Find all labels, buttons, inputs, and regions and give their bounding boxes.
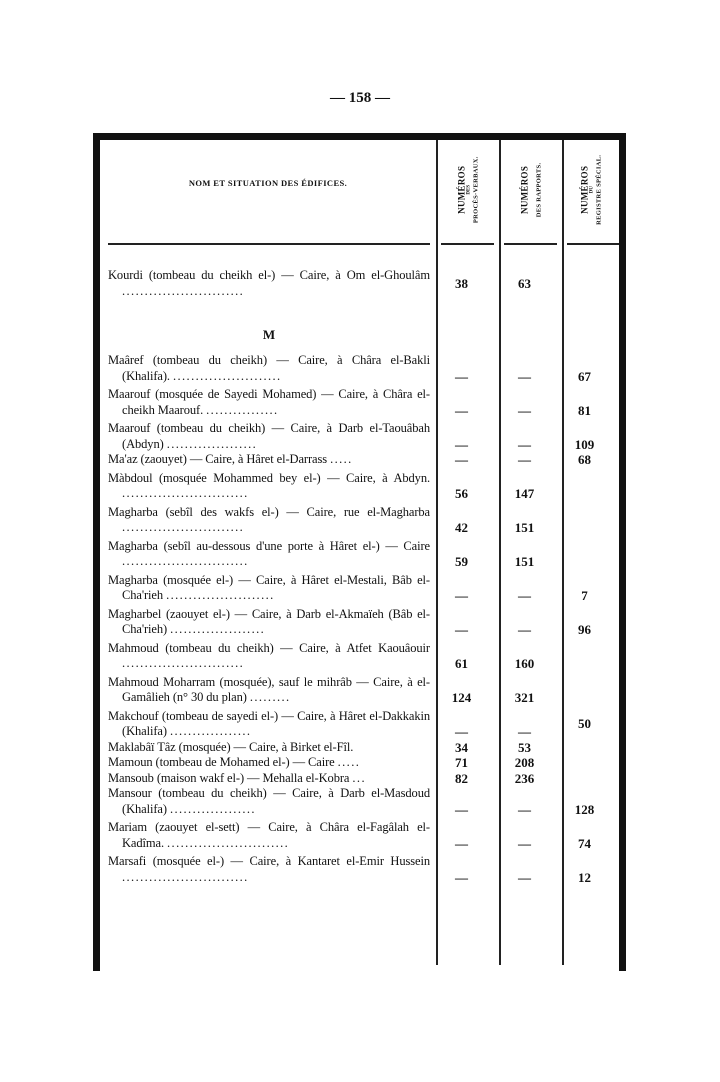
rapports-number: 151	[493, 520, 556, 536]
proces-verbaux-number: 82	[430, 771, 493, 787]
table-row: Magharba (mosquée el-) — Caire, à Hâret …	[108, 573, 620, 604]
table-row: Magharba (sebîl au-dessous d'une porte à…	[108, 539, 620, 570]
registre-number: 7	[556, 588, 613, 604]
entry-name: Magharba (mosquée el-) — Caire, à Hâret …	[108, 573, 430, 604]
entry-name: Maklabâï Tâz (mosquée) — Caire, à Birket…	[108, 740, 430, 756]
proces-verbaux-number: —	[430, 802, 493, 818]
rapports-number: 53	[493, 740, 556, 756]
table-row: Ma'az (zaouyet) — Caire, à Hâret el-Darr…	[108, 452, 620, 468]
entry-name: Magharba (sebîl des wakfs el-) — Caire, …	[108, 505, 430, 536]
proces-verbaux-number: —	[430, 437, 493, 453]
table-row: Màbdoul (mosquée Mohammed bey el-) — Cai…	[108, 471, 620, 502]
proces-verbaux-number: 71	[430, 755, 493, 771]
entry-name: Ma'az (zaouyet) — Caire, à Hâret el-Darr…	[108, 452, 430, 468]
rapports-number: —	[493, 724, 556, 740]
entry-name: Magharbel (zaouyet el-) — Caire, à Darb …	[108, 607, 430, 638]
registre-number: 50	[556, 716, 613, 732]
entry-name: Mahmoud (tombeau du cheikh) — Caire, à A…	[108, 641, 430, 672]
entry-name: Mamoun (tombeau de Mohamed el-) — Caire …	[108, 755, 430, 771]
rapports-number: —	[493, 403, 556, 419]
table-row: Mahmoud Moharram (mosquée), sauf le mihr…	[108, 675, 620, 706]
header-rule-col2	[504, 243, 557, 245]
rapports-number: —	[493, 369, 556, 385]
table-row: Maâref (tombeau du cheikh) — Caire, à Ch…	[108, 353, 620, 384]
entry-name: Maarouf (mosquée de Sayedi Mohamed) — Ca…	[108, 387, 430, 418]
proces-verbaux-number: 59	[430, 554, 493, 570]
header-rule-main	[108, 243, 430, 245]
table-row: Magharbel (zaouyet el-) — Caire, à Darb …	[108, 607, 620, 638]
header-col1-line3: PROCÈS-VERBAUX.	[472, 157, 479, 224]
rapports-number: —	[493, 870, 556, 886]
proces-verbaux-number: —	[430, 403, 493, 419]
header-col1-line1: NUMÉROS	[456, 166, 466, 214]
entry-name: Mahmoud Moharram (mosquée), sauf le mihr…	[108, 675, 430, 706]
rapports-number: —	[493, 452, 556, 468]
table-row: Mansoub (maison wakf el-) — Mehalla el-K…	[108, 771, 620, 787]
rapports-number: 208	[493, 755, 556, 771]
registre-number: 67	[556, 369, 613, 385]
rapports-number: —	[493, 622, 556, 638]
header-col2-line2: DES RAPPORTS.	[535, 163, 542, 218]
proces-verbaux-number: 61	[430, 656, 493, 672]
table-row: Mansour (tombeau du cheikh) — Caire, à D…	[108, 786, 620, 817]
proces-verbaux-number: —	[430, 452, 493, 468]
entry-name: Mansoub (maison wakf el-) — Mehalla el-K…	[108, 771, 430, 787]
rapports-number: 63	[493, 276, 556, 292]
proces-verbaux-number: —	[430, 588, 493, 604]
rapports-number: —	[493, 802, 556, 818]
header-registre-special: NUMÉROS DU REGISTRE SPÉCIAL.	[563, 140, 620, 240]
table-row: Maarouf (tombeau du cheikh) — Caire, à D…	[108, 421, 620, 452]
table-row: Maklabâï Tâz (mosquée) — Caire, à Birket…	[108, 740, 620, 756]
registre-number: 128	[556, 802, 613, 818]
entry-name: Mariam (zaouyet el-sett) — Caire, à Châr…	[108, 820, 430, 851]
table-row: Makchouf (tombeau de sayedi el-) — Caire…	[108, 709, 620, 740]
header-col1-line2: DES	[467, 185, 473, 195]
rapports-number: 160	[493, 656, 556, 672]
entry-name: Maarouf (tombeau du cheikh) — Caire, à D…	[108, 421, 430, 452]
registre-number: 81	[556, 403, 613, 419]
section-letter: M	[108, 299, 430, 353]
rapports-number: 151	[493, 554, 556, 570]
registre-number: 96	[556, 622, 613, 638]
table-row: Maarouf (mosquée de Sayedi Mohamed) — Ca…	[108, 387, 620, 418]
rapports-number: —	[493, 437, 556, 453]
proces-verbaux-number: —	[430, 622, 493, 638]
table-row: Mahmoud (tombeau du cheikh) — Caire, à A…	[108, 641, 620, 672]
rapports-number: 236	[493, 771, 556, 787]
entry-name: Kourdi (tombeau du cheikh el-) — Caire, …	[108, 268, 430, 299]
registre-number: 74	[556, 836, 613, 852]
proces-verbaux-number: —	[430, 369, 493, 385]
entry-name: Mansour (tombeau du cheikh) — Caire, à D…	[108, 786, 430, 817]
rapports-number: —	[493, 836, 556, 852]
header-rule-col3	[567, 243, 619, 245]
table-row: Kourdi (tombeau du cheikh el-) — Caire, …	[108, 268, 620, 299]
header-col2-line1: NUMÉROS	[519, 166, 529, 214]
entry-name: Maâref (tombeau du cheikh) — Caire, à Ch…	[108, 353, 430, 384]
header-name-situation: NOM ET SITUATION DES ÉDIFICES.	[100, 178, 436, 188]
table-row: Mamoun (tombeau de Mohamed el-) — Caire …	[108, 755, 620, 771]
proces-verbaux-number: —	[430, 870, 493, 886]
table-row: Magharba (sebîl des wakfs el-) — Caire, …	[108, 505, 620, 536]
entry-name: Màbdoul (mosquée Mohammed bey el-) — Cai…	[108, 471, 430, 502]
header-col3-line1: NUMÉROS	[580, 166, 590, 214]
entry-name: Magharba (sebîl au-dessous d'une porte à…	[108, 539, 430, 570]
header-rapports: NUMÉROS DES RAPPORTS.	[500, 140, 562, 240]
table-body: Kourdi (tombeau du cheikh el-) — Caire, …	[108, 268, 620, 885]
proces-verbaux-number: 124	[430, 690, 493, 706]
rapports-number: 147	[493, 486, 556, 502]
header-rule-col1	[441, 243, 494, 245]
proces-verbaux-number: 42	[430, 520, 493, 536]
rapports-number: 321	[493, 690, 556, 706]
table-row: Mariam (zaouyet el-sett) — Caire, à Châr…	[108, 820, 620, 851]
proces-verbaux-number: 34	[430, 740, 493, 756]
registre-number: 12	[556, 870, 613, 886]
proces-verbaux-number: 38	[430, 276, 493, 292]
page-number: — 158 —	[0, 90, 720, 107]
header-proces-verbaux: NUMÉROS DES PROCÈS-VERBAUX.	[437, 140, 499, 240]
proces-verbaux-number: —	[430, 724, 493, 740]
proces-verbaux-number: —	[430, 836, 493, 852]
entry-name: Marsafi (mosquée el-) — Caire, à Kantare…	[108, 854, 430, 885]
rapports-number: —	[493, 588, 556, 604]
proces-verbaux-number: 56	[430, 486, 493, 502]
header-col3-line3: REGISTRE SPÉCIAL.	[596, 155, 603, 225]
registre-number: 68	[556, 452, 613, 468]
registre-number: 109	[556, 437, 613, 453]
entry-name: Makchouf (tombeau de sayedi el-) — Caire…	[108, 709, 430, 740]
document-page: — 158 — NOM ET SITUATION DES ÉDIFICES. N…	[0, 0, 720, 1082]
table-row: Marsafi (mosquée el-) — Caire, à Kantare…	[108, 854, 620, 885]
